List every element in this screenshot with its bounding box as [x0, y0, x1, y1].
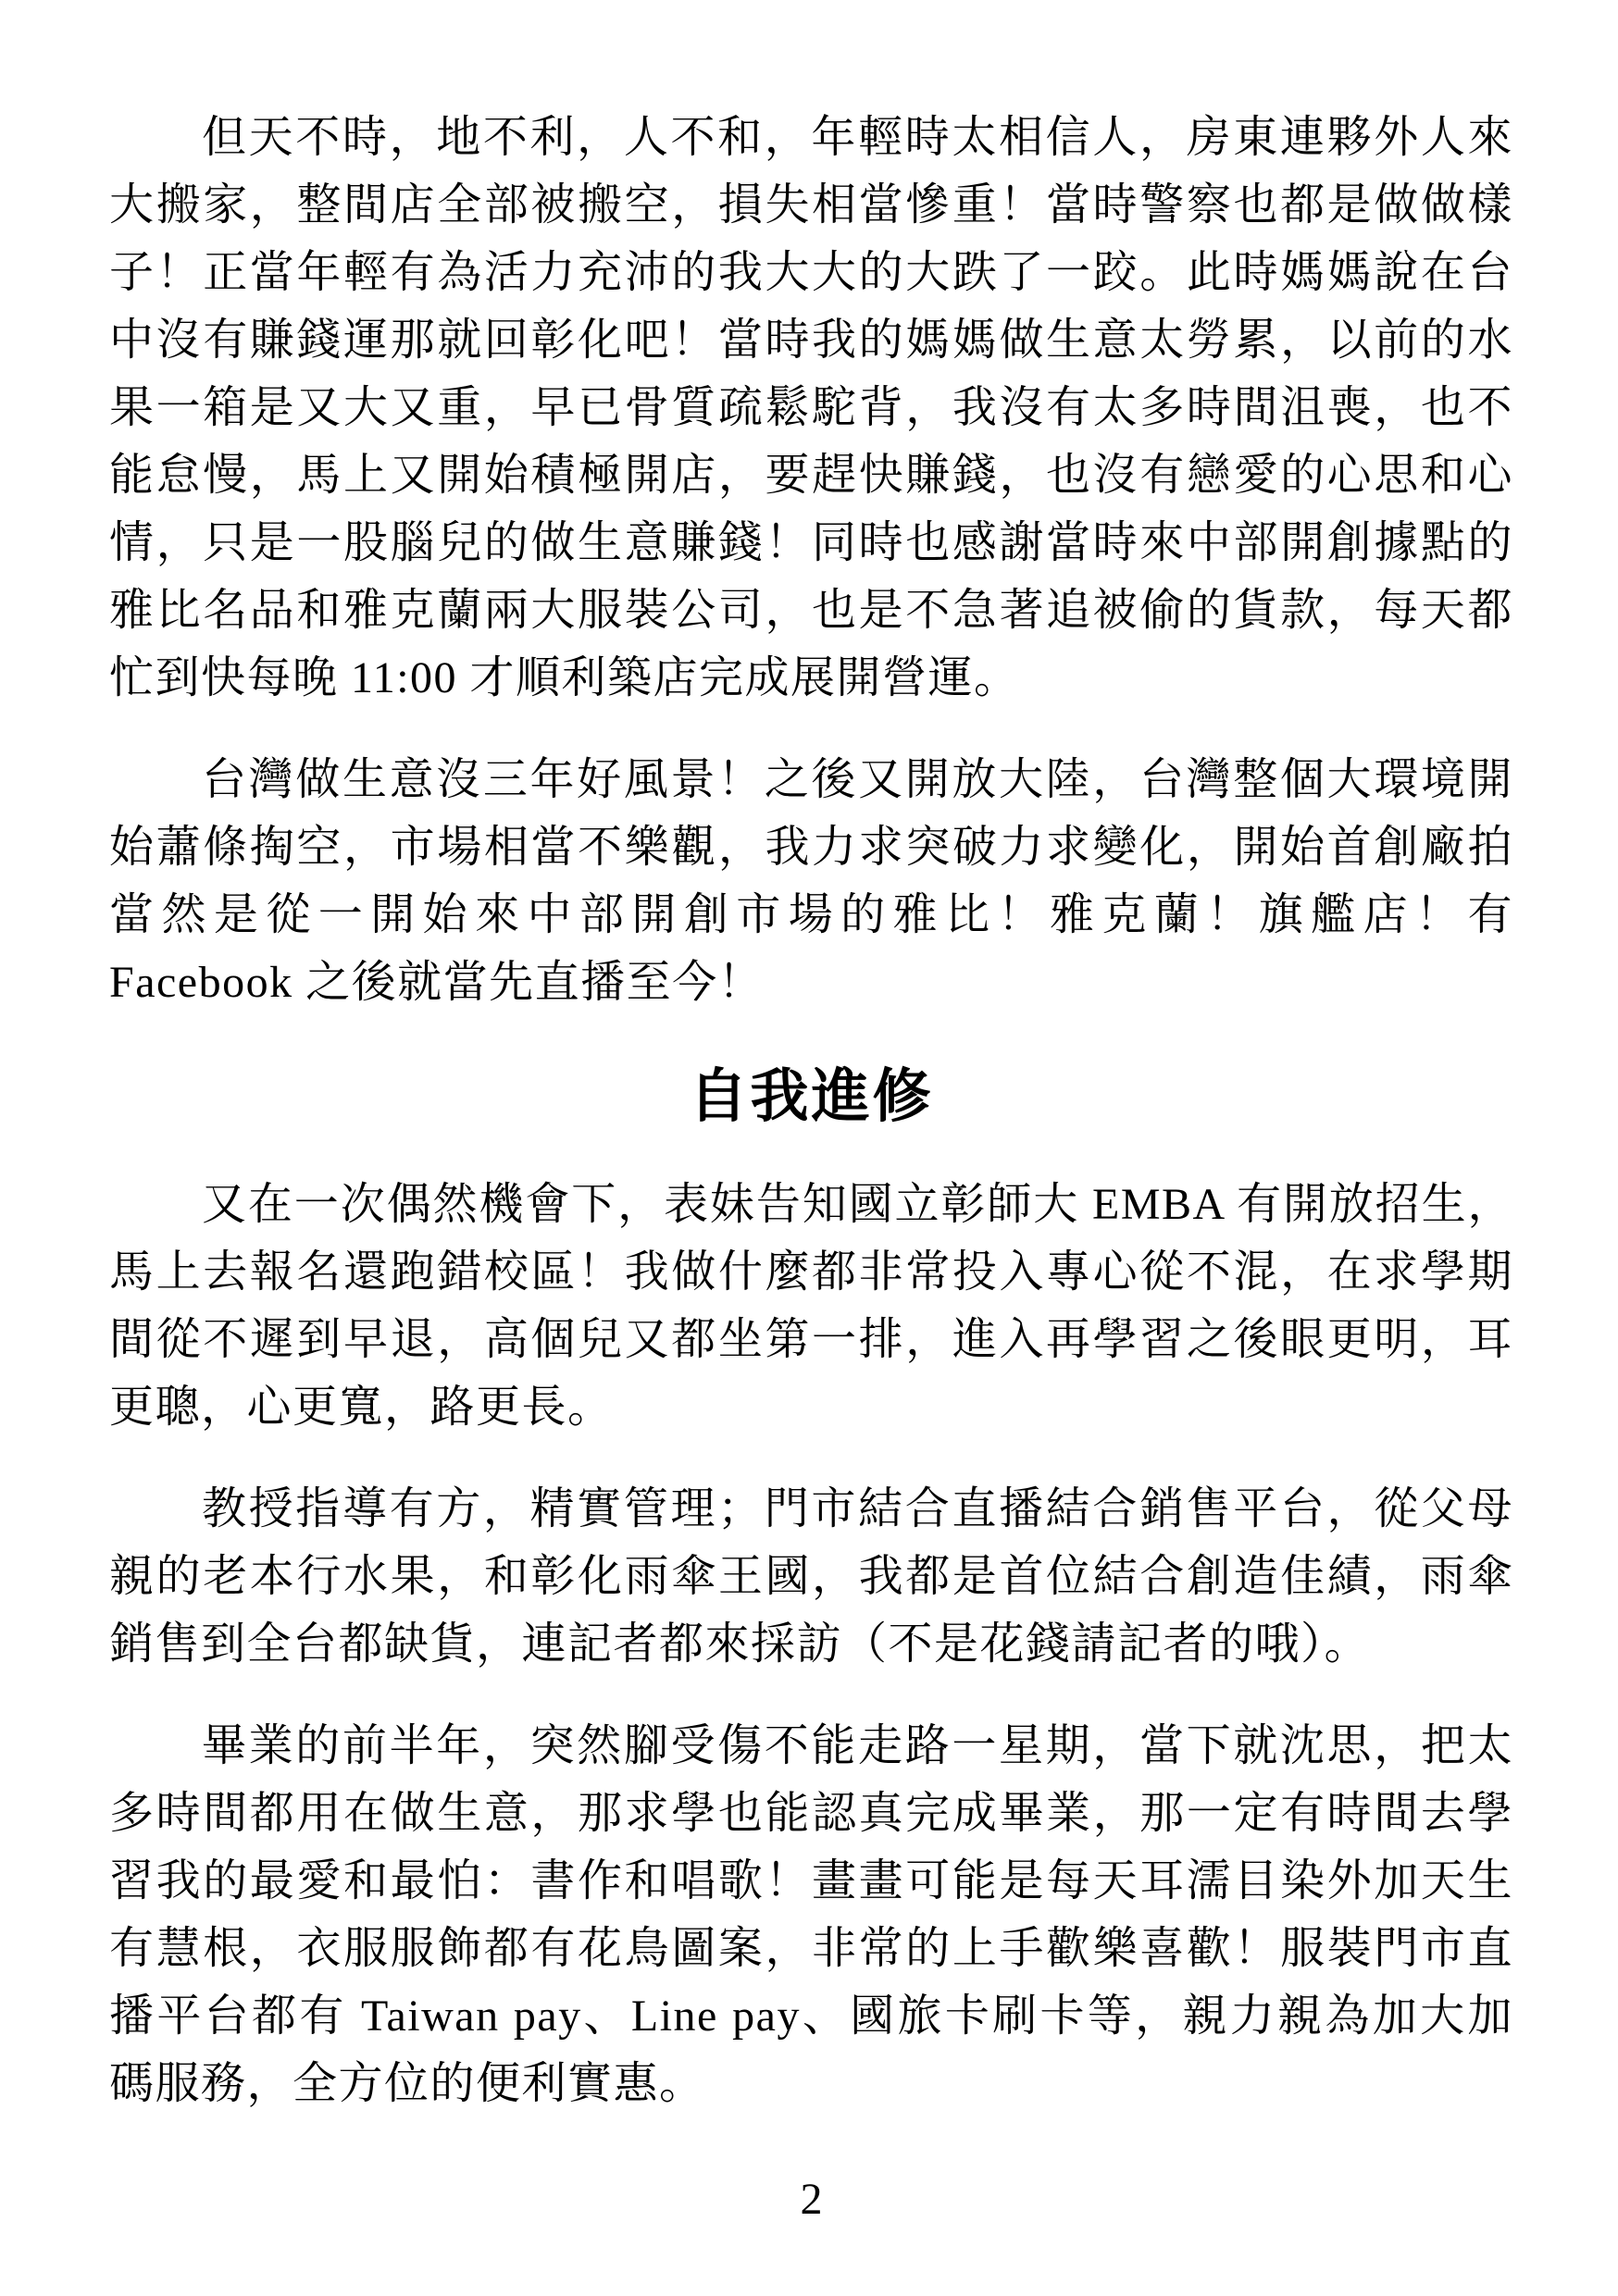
- paragraph-market-change: 台灣做生意沒三年好風景！之後又開放大陸，台灣整個大環境開始蕭條掏空，市場相當不樂…: [109, 746, 1513, 1016]
- document-page: 但天不時，地不利，人不和，年輕時太相信人，房東連夥外人來大搬家，整間店全部被搬空…: [0, 0, 1618, 2296]
- paragraph-business-setback: 但天不時，地不利，人不和，年輕時太相信人，房東連夥外人來大搬家，整間店全部被搬空…: [109, 104, 1513, 712]
- paragraph-graduation-hobbies: 畢業的前半年，突然腳受傷不能走路一星期，當下就沈思，把太多時間都用在做生意，那求…: [109, 1712, 1513, 2117]
- section-heading-self-improvement: 自我進修: [109, 1050, 1513, 1143]
- page-number: 2: [801, 2175, 823, 2224]
- paragraph-emba-study: 又在一次偶然機會下，表妹告知國立彰師大 EMBA 有開放招生，馬上去報名還跑錯校…: [109, 1171, 1513, 1441]
- page-footer: 2: [109, 2177, 1513, 2223]
- paragraph-professor-guidance: 教授指導有方，精實管理；門市結合直播結合銷售平台，從父母親的老本行水果，和彰化雨…: [109, 1475, 1513, 1678]
